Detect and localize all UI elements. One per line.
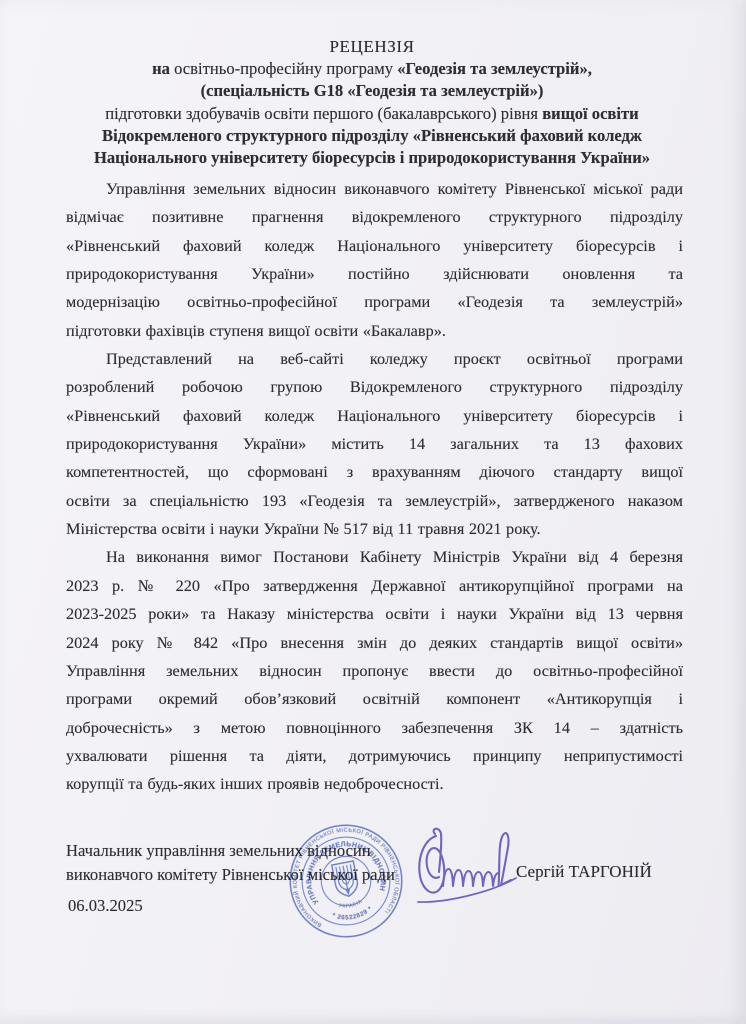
text-line: розроблений робочою групою Відокремленог… (66, 373, 683, 401)
text-line: програми окремий обов’язковий освітній к… (66, 685, 683, 713)
document-body: Управління земельних відносин виконавчог… (66, 175, 683, 799)
text-line: освіти за спеціальністю 193 «Геодезія та… (66, 487, 683, 515)
document-date: 06.03.2025 (68, 896, 143, 916)
text-line: На виконання вимог Постанови Кабінету Мі… (66, 543, 683, 571)
header-text-segment: (спеціальність G18 «Геодезія та землеуст… (201, 81, 544, 100)
svg-text:УКРАЇНА: УКРАЇНА (337, 898, 364, 911)
header-text-segment: «Геодезія та землеустрій», (397, 59, 592, 78)
header-line: Відокремленого структурного підрозділу «… (40, 125, 704, 147)
text-line: Управління земельних відносин виконавчог… (66, 175, 683, 203)
document-title: РЕЦЕНЗІЯ (40, 35, 704, 58)
text-line: ухвалювати рішення та діяти, дотримуючис… (66, 742, 683, 770)
tryzub-shield-icon (332, 861, 360, 898)
text-line: компетентностей, що сформовані з врахува… (66, 458, 683, 486)
document-header: РЕЦЕНЗІЯ на освітньо-професійну програму… (40, 35, 704, 169)
header-lines: на освітньо-професійну програму «Геодезі… (40, 58, 704, 169)
header-text-segment: Відокремленого структурного підрозділу «… (102, 126, 642, 145)
signature-ink (410, 822, 532, 914)
text-line: 2024 року № 842 «Про внесення змін до де… (66, 629, 683, 657)
text-line: модернізацію освітньо-професійної програ… (66, 288, 683, 316)
header-line: підготовки здобувачів освіти першого (ба… (40, 103, 704, 125)
official-stamp: ВИКОНАВЧИЙ КОМІТЕТ РІВНЕНСЬКОЇ МІСЬКОЇ Р… (271, 806, 421, 956)
header-text-segment: підготовки здобувачів освіти першого (ба… (105, 104, 542, 123)
text-line: підготовки фахівців ступеня вищої освіти… (66, 317, 683, 345)
text-line: доброчесність» з метою повноцінного забе… (66, 714, 683, 742)
text-line: відмічає позитивне прагнення відокремлен… (66, 203, 683, 231)
text-line: 2023-2025 роки» та Наказу міністерства о… (66, 600, 683, 628)
header-text-segment: Національного університету біоресурсів і… (94, 148, 650, 167)
text-line: корупції та будь-яких інших проявів недо… (66, 770, 683, 798)
stamp-country-text: УКРАЇНА (337, 898, 364, 911)
document-page: РЕЦЕНЗІЯ на освітньо-професійну програму… (0, 0, 746, 1024)
header-line: на освітньо-професійну програму «Геодезі… (40, 58, 704, 80)
text-line: природокористування України» містить 14 … (66, 430, 683, 458)
text-line: Міністерства освіти і науки України № 51… (66, 515, 683, 543)
header-text-segment: на (152, 59, 174, 78)
text-line: «Рівненський фаховий коледж Національног… (66, 232, 683, 260)
signatory-name: Сергій ТАРГОНІЙ (516, 862, 652, 882)
text-line: Управління земельних відносин пропонує в… (66, 657, 683, 685)
header-text-segment: освітньо-професійну програму (174, 59, 397, 78)
text-line: «Рівненський фаховий коледж Національног… (66, 402, 683, 430)
header-text-segment: вищої освіти (542, 104, 639, 123)
paragraph: Представлений на веб-сайті коледжу проєк… (66, 345, 683, 543)
header-line: Національного університету біоресурсів і… (40, 147, 704, 169)
header-line: (спеціальність G18 «Геодезія та землеуст… (40, 80, 704, 102)
paragraph: Управління земельних відносин виконавчог… (66, 175, 683, 345)
text-line: Представлений на веб-сайті коледжу проєк… (66, 345, 683, 373)
text-line: 2023 р. № 220 «Про затвердження Державно… (66, 572, 683, 600)
text-line: природокористування України» постійно зд… (66, 260, 683, 288)
paragraph: На виконання вимог Постанови Кабінету Мі… (66, 543, 683, 798)
